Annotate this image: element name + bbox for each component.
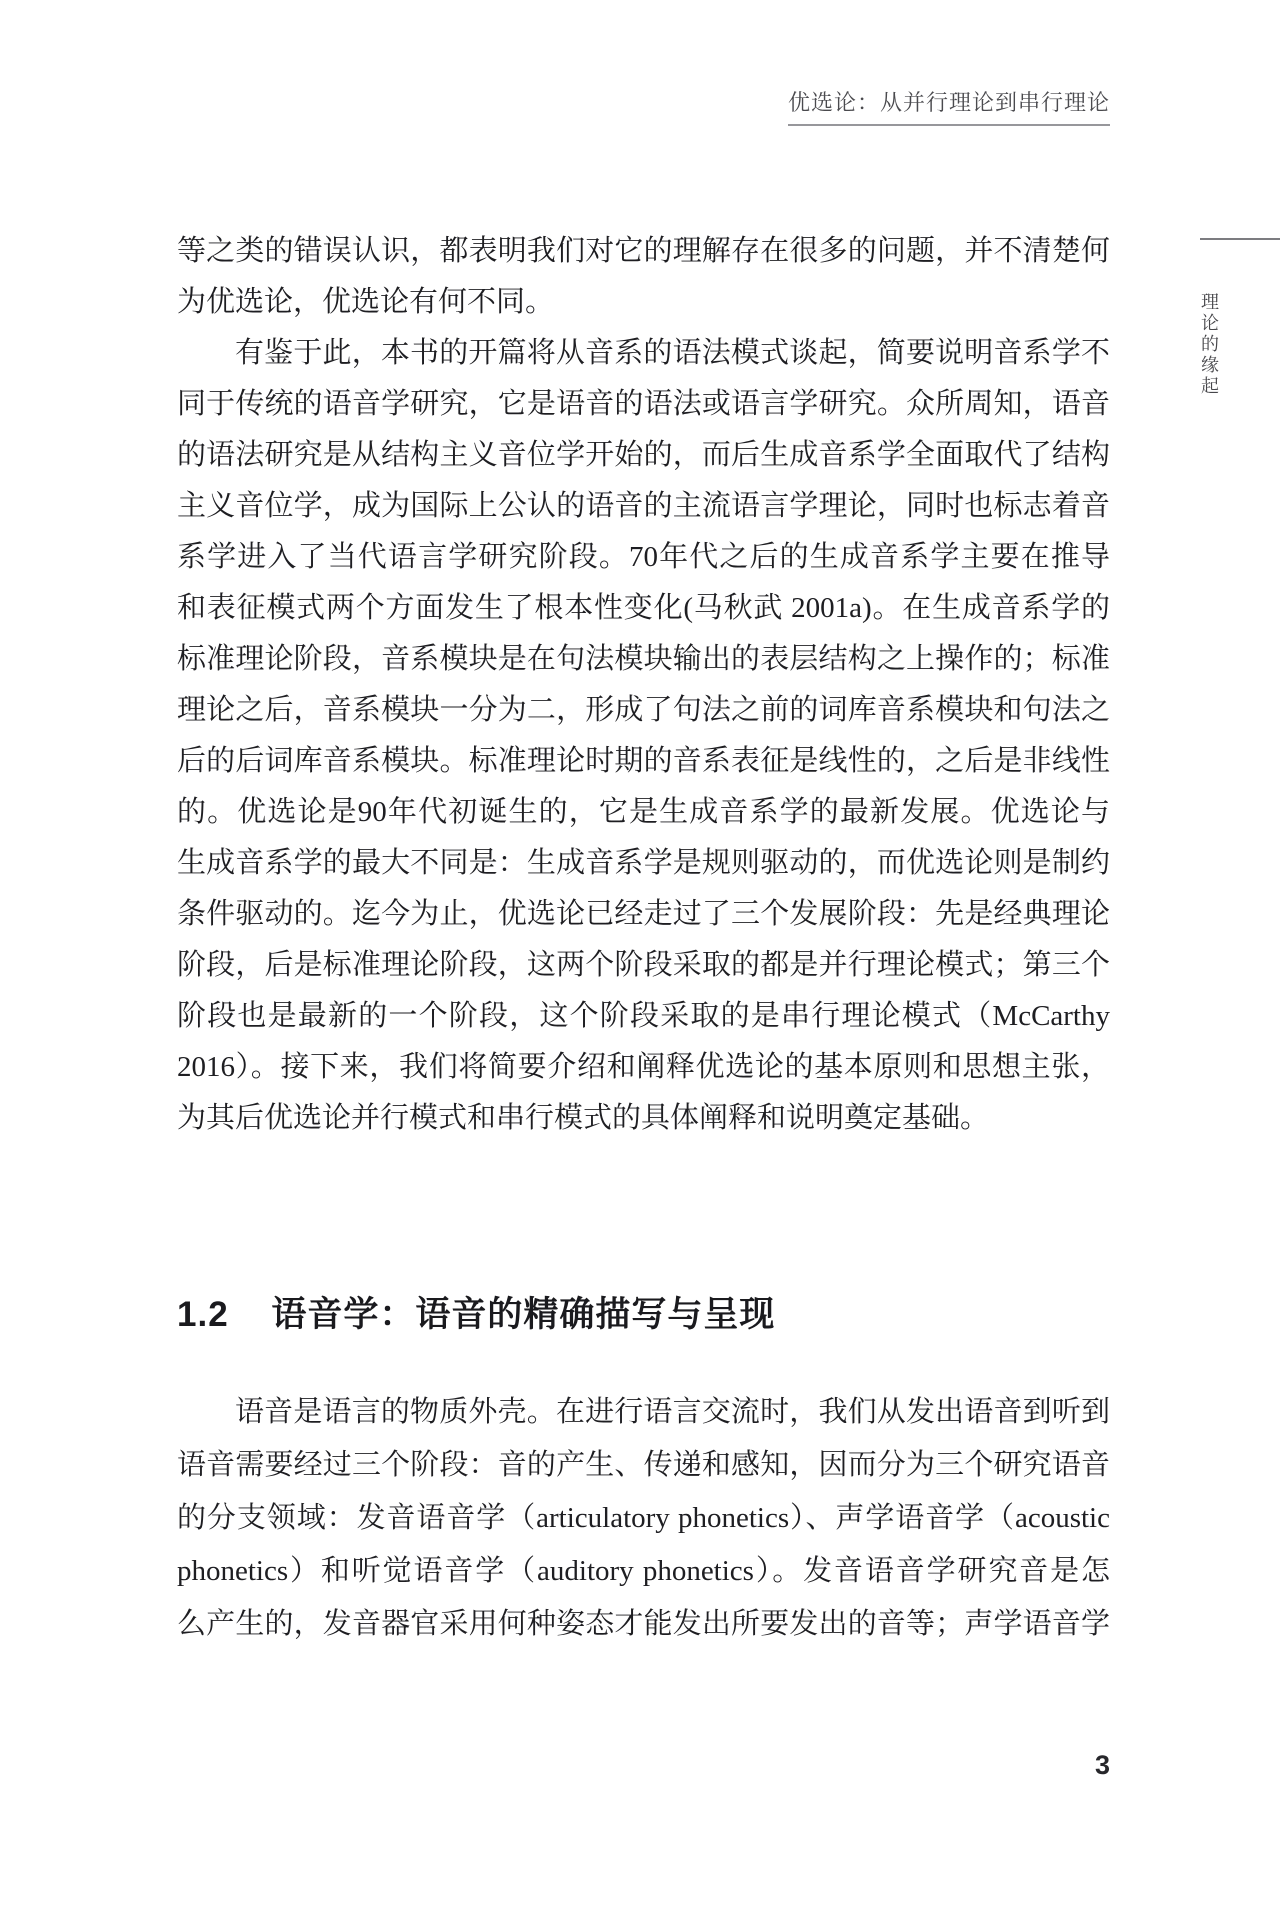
text-line: 的语法研究是从结构主义音位学开始的，而后生成音系学全面取代了结构 [177, 430, 1110, 481]
section-title: 语音学：语音的精确描写与呈现 [271, 1295, 775, 1334]
running-header: 优选论：从并行理论到串行理论 [788, 86, 1110, 126]
text-line: 阶段，后是标准理论阶段，这两个阶段采取的都是并行理论模式；第三个 [177, 940, 1110, 991]
text-line: 生成音系学的最大不同是：生成音系学是规则驱动的，而优选论则是制约 [177, 838, 1110, 889]
text-line: 2016）。接下来，我们将简要介绍和阐释优选论的基本原则和思想主张， [177, 1042, 1110, 1093]
text-line: 系学进入了当代语言学研究阶段。70年代之后的生成音系学主要在推导 [177, 532, 1110, 583]
text-line: 和表征模式两个方面发生了根本性变化(马秋武 2001a)。在生成音系学的 [177, 583, 1110, 634]
text-line: 后的后词库音系模块。标准理论时期的音系表征是线性的，之后是非线性 [177, 736, 1110, 787]
text-line: 语音是语言的物质外壳。在进行语言交流时，我们从发出语音到听到 [177, 1386, 1110, 1439]
text-line: 条件驱动的。迄今为止，优选论已经走过了三个发展阶段：先是经典理论 [177, 889, 1110, 940]
text-line: 标准理论阶段，音系模块是在句法模块输出的表层结构之上操作的；标准 [177, 634, 1110, 685]
paragraph-block-1: 等之类的错误认识，都表明我们对它的理解存在很多的问题，并不清楚何为优选论，优选论… [177, 226, 1110, 1144]
section-heading: 1.2 语音学：语音的精确描写与呈现 [177, 1292, 1110, 1338]
text-line: 有鉴于此，本书的开篇将从音系的语法模式谈起，简要说明音系学不 [177, 328, 1110, 379]
running-header-title: 优选论：从并行理论到串行理论 [788, 86, 1110, 126]
text-line: 么产生的，发音器官采用何种姿态才能发出所要发出的音等；声学语音学 [177, 1598, 1110, 1651]
text-line: 理论之后，音系模块一分为二，形成了句法之前的词库音系模块和句法之 [177, 685, 1110, 736]
text-line: 同于传统的语音学研究，它是语音的语法或语言学研究。众所周知，语音 [177, 379, 1110, 430]
text-line: 主义音位学，成为国际上公认的语音的主流语言学理论，同时也标志着音 [177, 481, 1110, 532]
margin-rule [1200, 238, 1280, 240]
text-line: 语音需要经过三个阶段：音的产生、传递和感知，因而分为三个研究语音 [177, 1439, 1110, 1492]
book-page: 优选论：从并行理论到串行理论 理论的缘起 等之类的错误认识，都表明我们对它的理解… [0, 0, 1280, 1905]
text-line: 的。优选论是90年代初诞生的，它是生成音系学的最新发展。优选论与 [177, 787, 1110, 838]
text-line: phonetics）和听觉语音学（auditory phonetics）。发音语… [177, 1545, 1110, 1598]
page-number: 3 [1095, 1750, 1110, 1781]
text-line: 阶段也是最新的一个阶段，这个阶段采取的是串行理论模式（McCarthy [177, 991, 1110, 1042]
chapter-margin-label: 理论的缘起 [1196, 292, 1222, 397]
text-line: 为其后优选论并行模式和串行模式的具体阐释和说明奠定基础。 [177, 1093, 1110, 1144]
paragraph-block-2: 语音是语言的物质外壳。在进行语言交流时，我们从发出语音到听到语音需要经过三个阶段… [177, 1386, 1110, 1651]
section-number: 1.2 [177, 1295, 229, 1334]
text-line: 的分支领域：发音语音学（articulatory phonetics）、声学语音… [177, 1492, 1110, 1545]
text-line: 等之类的错误认识，都表明我们对它的理解存在很多的问题，并不清楚何 [177, 226, 1110, 277]
text-line: 为优选论，优选论有何不同。 [177, 277, 1110, 328]
